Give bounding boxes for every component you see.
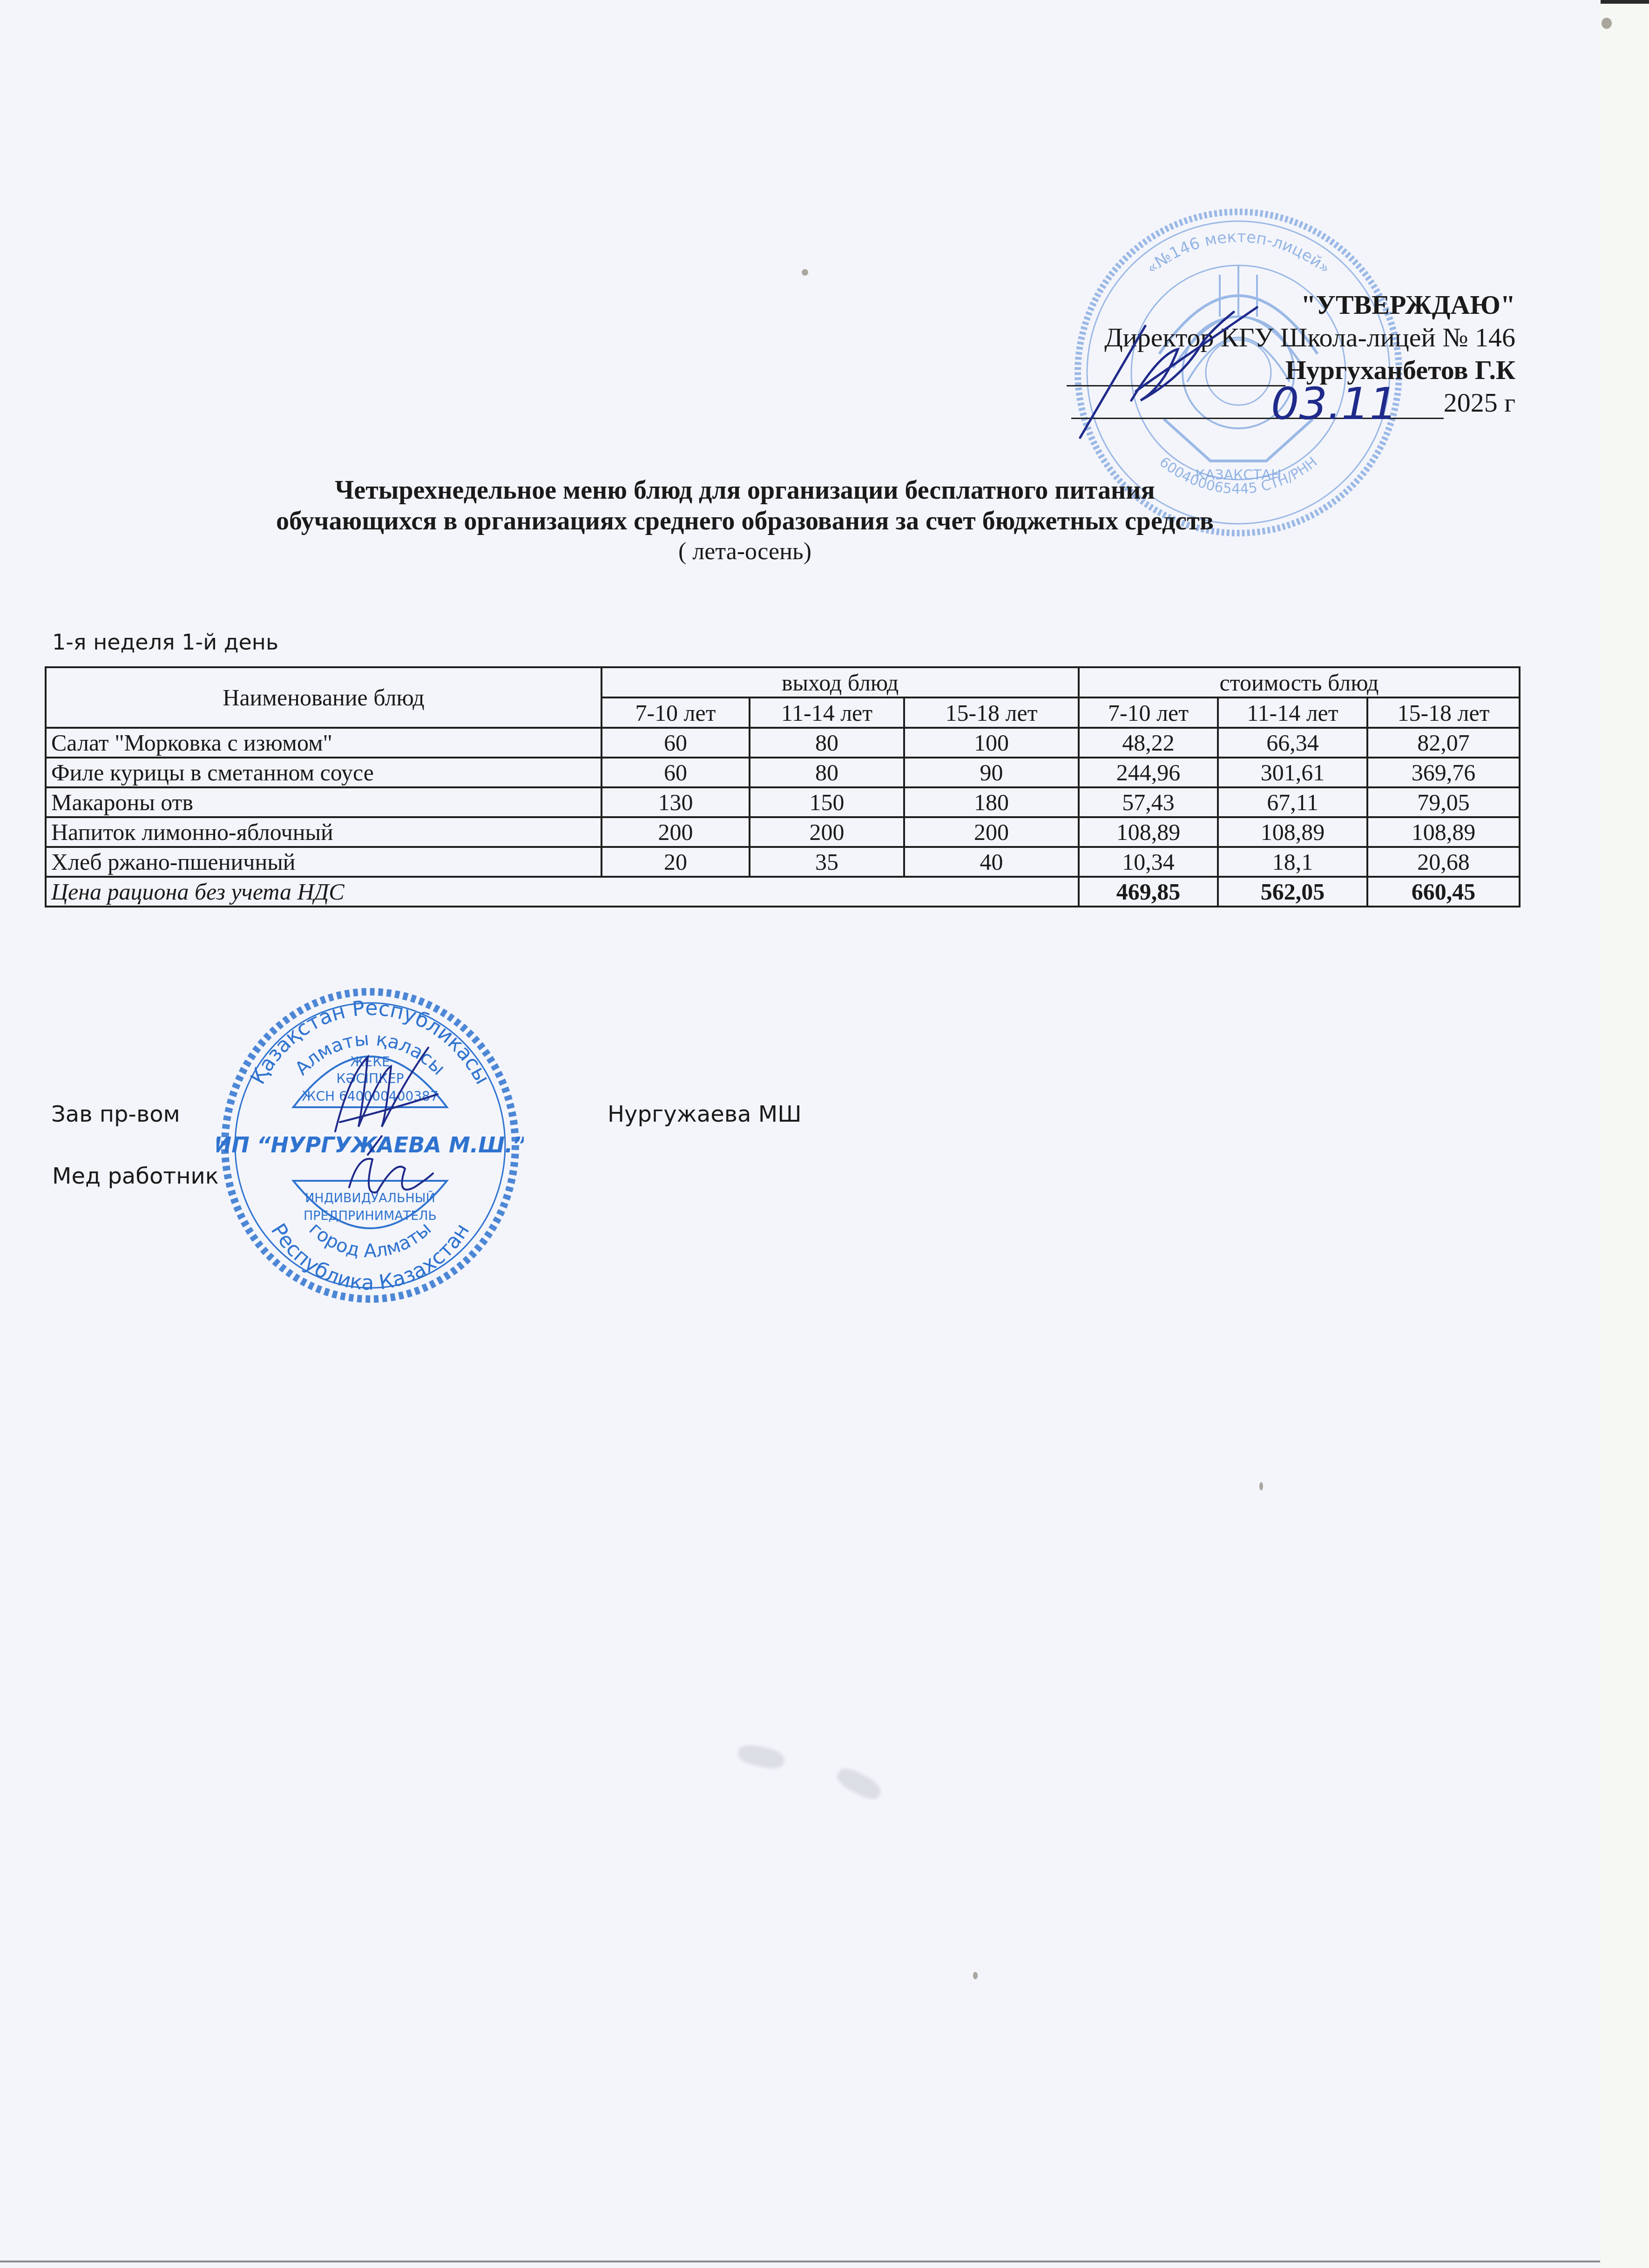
scan-speck	[802, 269, 808, 276]
head-of-production-label: Зав пр-вом	[51, 1101, 180, 1127]
document-title: Четырехнедельное меню блюд для организац…	[200, 475, 1290, 567]
yield-cell: 80	[750, 728, 904, 758]
cost-cell: 20,68	[1367, 847, 1520, 877]
scan-smudge	[834, 1764, 884, 1803]
cost-cell: 108,89	[1367, 817, 1520, 847]
cost-cell: 48,22	[1079, 728, 1218, 758]
table-row: Филе курицы в сметанном соусе608090244,9…	[46, 758, 1520, 787]
table-row: Хлеб ржано-пшеничный20354010,3418,120,68	[46, 847, 1520, 877]
yield-cell: 200	[601, 817, 750, 847]
header-yield-age-15-18: 15-18 лет	[904, 697, 1079, 728]
cost-cell: 10,34	[1079, 847, 1218, 877]
title-line-1: Четырехнедельное меню блюд для организац…	[200, 475, 1290, 506]
dish-name: Хлеб ржано-пшеничный	[46, 847, 601, 877]
table-row: Напиток лимонно-яблочный200200200108,891…	[46, 817, 1520, 847]
yield-cell: 40	[904, 847, 1079, 877]
header-yield-age-7-10: 7-10 лет	[601, 697, 750, 728]
cost-cell: 57,43	[1079, 787, 1218, 817]
header-cost-age-11-14: 11-14 лет	[1218, 697, 1367, 728]
total-label: Цена рациона без учета НДС	[46, 877, 1079, 907]
yield-cell: 60	[601, 728, 750, 758]
dish-name: Макароны отв	[46, 787, 601, 817]
cost-cell: 66,34	[1218, 728, 1367, 758]
total-7-10: 469,85	[1079, 877, 1218, 907]
dish-name: Филе курицы в сметанном соусе	[46, 758, 601, 787]
yield-cell: 80	[750, 758, 904, 787]
cost-cell: 369,76	[1367, 758, 1520, 787]
total-row: Цена рациона без учета НДС 469,85 562,05…	[46, 877, 1520, 907]
yield-cell: 200	[904, 817, 1079, 847]
header-cost-group: стоимость блюд	[1079, 667, 1520, 697]
cost-cell: 108,89	[1218, 817, 1367, 847]
yield-cell: 35	[750, 847, 904, 877]
scan-speck	[973, 1972, 978, 1979]
menu-table: Наименование блюд выход блюд стоимость б…	[45, 666, 1521, 907]
table-row: Салат "Морковка с изюмом"608010048,2266,…	[46, 728, 1520, 758]
header-yield-age-11-14: 11-14 лет	[750, 697, 904, 728]
medical-worker-label: Мед работник	[52, 1163, 219, 1189]
scan-speck	[1259, 1482, 1263, 1490]
yield-cell: 60	[601, 758, 750, 787]
week-day-label: 1-я неделя 1-й день	[52, 630, 278, 655]
director-signature: 03.11	[1061, 298, 1415, 447]
cost-cell: 79,05	[1367, 787, 1520, 817]
scan-speck	[1602, 18, 1612, 29]
cost-cell: 82,07	[1367, 728, 1520, 758]
header-cost-age-7-10: 7-10 лет	[1079, 697, 1218, 728]
yield-cell: 20	[601, 847, 750, 877]
total-15-18: 660,45	[1367, 877, 1520, 907]
handwritten-date: 03.11	[1271, 379, 1398, 430]
header-cost-age-15-18: 15-18 лет	[1367, 697, 1520, 728]
yield-cell: 130	[601, 787, 750, 817]
table-row: Макароны отв13015018057,4367,1179,05	[46, 787, 1520, 817]
scan-edge-mark	[1601, 0, 1649, 4]
scan-bottom-edge	[0, 2261, 1600, 2262]
yield-cell: 100	[904, 728, 1079, 758]
yield-cell: 180	[904, 787, 1079, 817]
scan-smudge	[737, 1742, 786, 1771]
dish-name: Салат "Морковка с изюмом"	[46, 728, 601, 758]
header-yield-group: выход блюд	[601, 667, 1079, 697]
cost-cell: 108,89	[1079, 817, 1218, 847]
total-11-14: 562,05	[1218, 877, 1367, 907]
cost-cell: 244,96	[1079, 758, 1218, 787]
title-season: ( лета-осень)	[200, 536, 1290, 567]
cost-cell: 301,61	[1218, 758, 1367, 787]
yield-cell: 90	[904, 758, 1079, 787]
yield-cell: 200	[750, 817, 904, 847]
approval-year: 2025 г	[1444, 387, 1515, 418]
header-dish-name: Наименование блюд	[46, 667, 601, 728]
cost-cell: 18,1	[1218, 847, 1367, 877]
cost-cell: 67,11	[1218, 787, 1367, 817]
handwritten-signatures	[321, 1038, 470, 1234]
menu-table-body: Салат "Морковка с изюмом"608010048,2266,…	[46, 728, 1520, 877]
scan-edge-strip	[1600, 0, 1649, 2268]
yield-cell: 150	[750, 787, 904, 817]
title-line-2: обучающихся в организациях среднего обра…	[200, 506, 1290, 536]
dish-name: Напиток лимонно-яблочный	[46, 817, 601, 847]
head-of-production-name: Нургужаева МШ	[608, 1101, 801, 1127]
